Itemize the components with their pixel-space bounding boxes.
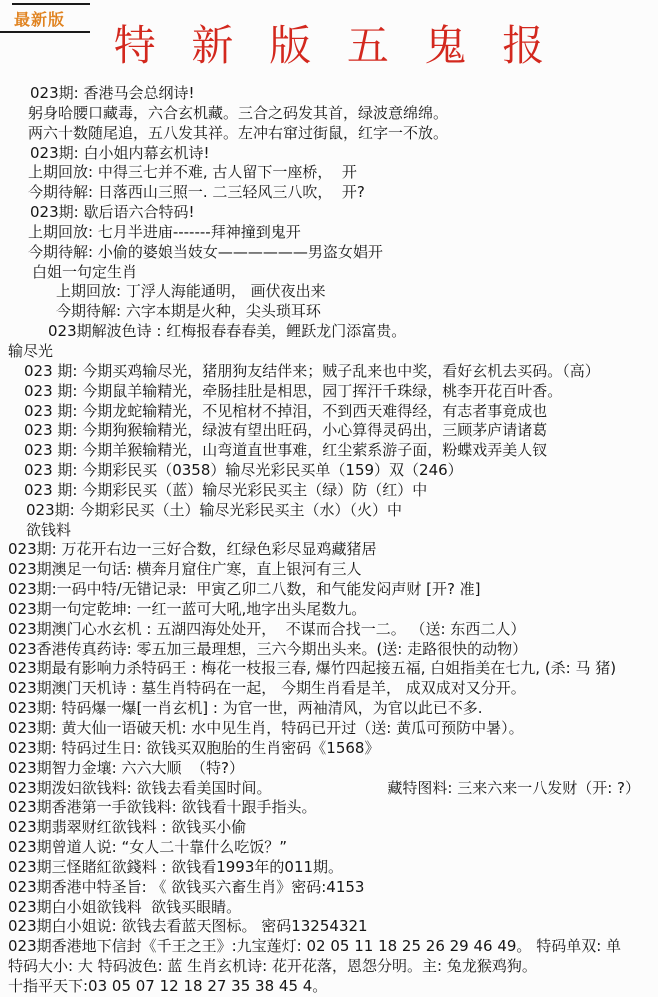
report-line: 特码大小: 大 特码波色: 蓝 生肖玄机诗: 花开花落，恩怨分明。主: 兔龙猴鸡… [8, 957, 658, 977]
line-text: 023期泼妇欲钱料: 欲钱去看美国时间。 [8, 779, 271, 799]
report-line: 023期: 特码过生日: 欲钱买双胞胎的生肖密码《1568》 [8, 739, 658, 759]
line-text: 023 期: 今期买鸡输尽光，猪朋狗友结伴来；贼子乱来也中奖，看好玄机去买码。（… [24, 362, 600, 380]
line-text: 023期澳门心水玄机 : 五湖四海处处开， 不谋而合找一二。 （送: 东西二人） [8, 620, 525, 638]
report-line: 上期回放: 丁浮人海能通明， 画伏夜出来 [8, 282, 658, 302]
report-line: 023期: 白小姐内幕玄机诗! [8, 144, 658, 164]
line-text: 023 期: 今期鼠羊输精光，牵肠挂肚是相思，园丁挥汗千珠绿，桃李开花百叶香。 [24, 382, 562, 400]
line-text: 023期: 香港马会总纲诗! [30, 84, 194, 102]
report-line: 023香港传真药诗: 零五加三最理想，三六今期出头来。(送: 走路很快的动物） [8, 640, 658, 660]
line-text: 023期香港地下信封《千王之王》:九宝莲灯: 02 05 11 18 25 26… [8, 937, 621, 955]
report-line: 023期解波色诗 : 红梅报春春春美，鲤跃龙门添富贵。 [8, 322, 658, 342]
report-line: 023 期: 今期羊猴输精光，山弯道直世事难，红尘萦系游子面，粉蝶戏弄美人钗 [8, 441, 658, 461]
report-line: 023期一句定乾坤: 一红一蓝可大吼,地字出头尾数九。 [8, 600, 658, 620]
report-line: 023期: 黄大仙一语破天机: 水中见生肖，特码已开过（送: 黄瓜可预防中暑）。 [8, 719, 658, 739]
report-line: 023期澳足一句话: 横奔月窟住广寒，直上银河有三人 [8, 560, 658, 580]
line-text: 上期回放: 中得三七并不难, 古人留下一座桥， 开 [28, 163, 357, 181]
report-line: 023期澳门天机诗 : 墓生肖特码在一起， 今期生肖看是羊， 成双成对又分开。 [8, 679, 658, 699]
five-ghost-report-page: 最新版 特新版五鬼报 023期: 香港马会总纲诗!躬身哈腰口藏毒，六合玄机藏。三… [0, 0, 658, 84]
line-text: 十指平天下:03 05 07 12 18 27 35 38 45 4。 [8, 977, 327, 995]
line-text: 023期翡翠财红欲钱料 : 欲钱买小偷 [8, 818, 246, 836]
line-text: 023 期: 今期彩民买（蓝）输尽光彩民买主（绿）防（红）中 [24, 481, 427, 499]
report-line: 023期白小姐欲钱料 欲钱买眼睛。 [8, 898, 658, 918]
report-body: 023期: 香港马会总纲诗!躬身哈腰口藏毒，六合玄机藏。三合之码发其首，绿波意绵… [0, 84, 658, 997]
line-text: 023期: 特码爆一爆[一肖玄机] : 为官一世，两袖清风，为官以此已不多. [8, 699, 483, 717]
line-text: 023期最有影响力杀特码王 : 梅花一枝报三春, 爆竹四起接五福, 白姐指美在七… [8, 659, 616, 677]
line-text: 欲钱料 [26, 521, 71, 539]
report-line: 023期白小姐说: 欲钱去看蓝天图标。 密码13254321 [8, 917, 658, 937]
masthead: 最新版 特新版五鬼报 [0, 0, 658, 84]
report-line: 023期: 万花开右边一三好合数，红绿色彩尽显鸡藏猪居 [8, 540, 658, 560]
report-line: 023期最有影响力杀特码王 : 梅花一枝报三春, 爆竹四起接五福, 白姐指美在七… [8, 659, 658, 679]
line-text: 上期回放: 丁浮人海能通明， 画伏夜出来 [56, 282, 326, 300]
line-text: 023 期: 今期羊猴输精光，山弯道直世事难，红尘萦系游子面，粉蝶戏弄美人钗 [24, 441, 547, 459]
report-line: 023 期: 今期龙蛇输精光，不见棺材不掉泪，不到西天难得经，有志者事竟成也 [8, 402, 658, 422]
report-line: 023期曾道人说: “女人二十靠什么吃饭？” [8, 838, 658, 858]
report-line: 023期澳门心水玄机 : 五湖四海处处开， 不谋而合找一二。 （送: 东西二人） [8, 620, 658, 640]
line-text: 今期待解: 六字本期是火种，尖头琐耳环 [56, 302, 321, 320]
line-text: 023期: 今期彩民买（土）输尽光彩民买主（水）（火）中 [26, 501, 402, 519]
report-line: 023 期: 今期彩民买（0358）输尽光彩民买单（159）双（246） [8, 461, 658, 481]
report-line: 白姐一句定生肖 [8, 263, 658, 283]
report-line: 欲钱料 [8, 521, 658, 541]
line-text: 023期一句定乾坤: 一红一蓝可大吼,地字出头尾数九。 [8, 600, 366, 618]
line-text: 023期: 黄大仙一语破天机: 水中见生肖，特码已开过（送: 黄瓜可预防中暑）。 [8, 719, 524, 737]
report-line: 十指平天下:03 05 07 12 18 27 35 38 45 4。 [8, 977, 658, 997]
line-text: 023期白小姐欲钱料 欲钱买眼睛。 [8, 898, 241, 916]
report-line: 输尽光 [8, 342, 658, 362]
line-text: 023期智力金壤: 六六大顺 （特?） [8, 759, 244, 777]
report-line: 今期待解: 小偷的婆娘当妓女——————男盗女娼开 [8, 243, 658, 263]
report-line: 023期: 特码爆一爆[一肖玄机] : 为官一世，两袖清风，为官以此已不多. [8, 699, 658, 719]
report-line: 023 期: 今期鼠羊输精光，牵肠挂肚是相思，园丁挥汗千珠绿，桃李开花百叶香。 [8, 382, 658, 402]
line-text: 023 期: 今期龙蛇输精光，不见棺材不掉泪，不到西天难得经，有志者事竟成也 [24, 402, 547, 420]
report-line: 023期香港中特圣旨: 《 欲钱买六畜生肖》密码:4153 [8, 878, 658, 898]
report-line: 023期:一码中特/无错记录: 甲寅乙卯二八数，和气能发闷声财 [开? 准] [8, 580, 658, 600]
line-text: 输尽光 [8, 342, 53, 360]
line-text: 023期曾道人说: “女人二十靠什么吃饭？” [8, 838, 287, 856]
line-text: 023期澳门天机诗 : 墓生肖特码在一起， 今期生肖看是羊， 成双成对又分开。 [8, 679, 526, 697]
line-text: 023期解波色诗 : 红梅报春春春美，鲤跃龙门添富贵。 [48, 322, 406, 340]
report-line: 023期: 今期彩民买（土）输尽光彩民买主（水）（火）中 [8, 501, 658, 521]
line-text: 023期澳足一句话: 横奔月窟住广寒，直上银河有三人 [8, 560, 361, 578]
line-text: 023期白小姐说: 欲钱去看蓝天图标。 密码13254321 [8, 917, 368, 935]
report-line: 023 期: 今期彩民买（蓝）输尽光彩民买主（绿）防（红）中 [8, 481, 658, 501]
line-text: 023 期: 今期彩民买（0358）输尽光彩民买单（159）双（246） [24, 461, 463, 479]
line-text: 两六十数随尾追，五八发其祥。左冲右窜过街鼠，红字一不放。 [28, 124, 448, 142]
line-text: 023期香港第一手欲钱料: 欲钱看十跟手指头。 [8, 798, 316, 816]
line-text: 023期: 万花开右边一三好合数，红绿色彩尽显鸡藏猪居 [8, 540, 376, 558]
report-line: 023期智力金壤: 六六大顺 （特?） [8, 759, 658, 779]
line-text: 023期: 歇后语六合特码! [30, 203, 194, 221]
line-text: 今期待解: 小偷的婆娘当妓女——————男盗女娼开 [28, 243, 383, 261]
line-text: 023期三怪賭紅欲錢料 : 欲钱看1993年的011期。 [8, 858, 343, 876]
report-line: 023期: 歇后语六合特码! [8, 203, 658, 223]
line-text: 023 期: 今期狗猴输精光，绿波有望出旺码，小心算得灵码出，三顾茅庐请诸葛 [24, 421, 547, 439]
line-text: 今期待解: 日落西山三照一. 二三轻风三八吹， 开? [28, 183, 365, 201]
report-line: 023期泼妇欲钱料: 欲钱去看美国时间。藏特图料: 三来六来一八发财（开: ?） [8, 779, 658, 799]
report-line: 023期翡翠财红欲钱料 : 欲钱买小偷 [8, 818, 658, 838]
report-line: 两六十数随尾追，五八发其祥。左冲右窜过街鼠，红字一不放。 [8, 124, 658, 144]
report-line: 今期待解: 日落西山三照一. 二三轻风三八吹， 开? [8, 183, 658, 203]
line-text: 023香港传真药诗: 零五加三最理想，三六今期出头来。(送: 走路很快的动物） [8, 640, 527, 658]
page-title: 特新版五鬼报 [0, 20, 658, 72]
line-text: 023期: 白小姐内幕玄机诗! [30, 144, 209, 162]
report-line: 上期回放: 中得三七并不难, 古人留下一座桥， 开 [8, 163, 658, 183]
report-line: 躬身哈腰口藏毒，六合玄机藏。三合之码发其首，绿波意绵绵。 [8, 104, 658, 124]
line-right-text: 藏特图料: 三来六来一八发财（开: ?） [387, 779, 640, 799]
line-text: 特码大小: 大 特码波色: 蓝 生肖玄机诗: 花开花落，恩怨分明。主: 兔龙猴鸡… [8, 957, 537, 975]
report-line: 今期待解: 六字本期是火种，尖头琐耳环 [8, 302, 658, 322]
report-line: 023 期: 今期狗猴输精光，绿波有望出旺码，小心算得灵码出，三顾茅庐请诸葛 [8, 421, 658, 441]
line-text: 023期:一码中特/无错记录: 甲寅乙卯二八数，和气能发闷声财 [开? 准] [8, 580, 481, 598]
line-text: 023期香港中特圣旨: 《 欲钱买六畜生肖》密码:4153 [8, 878, 364, 896]
line-text: 躬身哈腰口藏毒，六合玄机藏。三合之码发其首，绿波意绵绵。 [28, 104, 448, 122]
report-line: 023 期: 今期买鸡输尽光，猪朋狗友结伴来；贼子乱来也中奖，看好玄机去买码。（… [8, 362, 658, 382]
line-text: 上期回放: 七月半进庙-------拜神撞到鬼开 [28, 223, 301, 241]
report-line: 023期三怪賭紅欲錢料 : 欲钱看1993年的011期。 [8, 858, 658, 878]
edition-top-rule [12, 3, 90, 5]
report-line: 023期香港第一手欲钱料: 欲钱看十跟手指头。 [8, 798, 658, 818]
line-text: 023期: 特码过生日: 欲钱买双胞胎的生肖密码《1568》 [8, 739, 379, 757]
line-text: 白姐一句定生肖 [32, 263, 137, 281]
report-line: 023期: 香港马会总纲诗! [8, 84, 658, 104]
report-line: 上期回放: 七月半进庙-------拜神撞到鬼开 [8, 223, 658, 243]
report-line: 023期香港地下信封《千王之王》:九宝莲灯: 02 05 11 18 25 26… [8, 937, 658, 957]
